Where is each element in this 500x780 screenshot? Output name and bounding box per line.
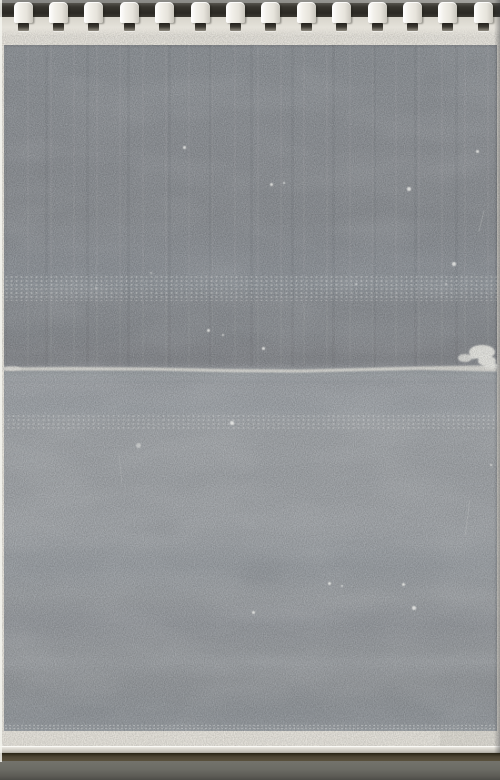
notebook-photo <box>0 0 500 780</box>
punch-hole <box>336 23 347 31</box>
comb-binding-tooth <box>14 2 33 23</box>
punch-hole <box>407 23 418 31</box>
comb-binding-tooth <box>261 2 280 23</box>
punch-hole <box>301 23 312 31</box>
print-bottom-speckle <box>4 724 497 731</box>
punch-hole <box>88 23 99 31</box>
comb-binding-tooth <box>155 2 174 23</box>
bottom-margin-shadow <box>440 731 497 747</box>
punch-hole <box>159 23 170 31</box>
print-vertical-streaks <box>4 45 497 367</box>
page-left-edge-highlight <box>0 0 2 762</box>
punch-hole <box>478 23 489 31</box>
comb-binding-tooth <box>191 2 210 23</box>
punch-hole <box>124 23 135 31</box>
print-area <box>4 45 497 731</box>
comb-binding-tooth <box>84 2 103 23</box>
comb-binding-tooth <box>297 2 316 23</box>
speckle-band-upper <box>4 275 497 301</box>
backing-board-edge <box>0 753 500 761</box>
comb-binding-tooth <box>332 2 351 23</box>
page-stack-edge <box>0 746 500 753</box>
comb-binding-tooth <box>474 2 493 23</box>
punch-hole <box>195 23 206 31</box>
comb-binding <box>0 0 500 36</box>
punch-hole <box>372 23 383 31</box>
page-right-edge-shadow <box>494 0 500 753</box>
comb-binding-tooth <box>226 2 245 23</box>
punch-hole <box>442 23 453 31</box>
table-surface <box>0 761 500 780</box>
comb-binding-tooth <box>368 2 387 23</box>
comb-binding-tooth <box>403 2 422 23</box>
punch-hole <box>18 23 29 31</box>
speckle-band-lower <box>4 413 497 429</box>
comb-binding-tooth <box>49 2 68 23</box>
punch-hole <box>53 23 64 31</box>
punch-hole <box>230 23 241 31</box>
punch-hole <box>265 23 276 31</box>
comb-binding-tooth <box>438 2 457 23</box>
comb-binding-tooth <box>120 2 139 23</box>
